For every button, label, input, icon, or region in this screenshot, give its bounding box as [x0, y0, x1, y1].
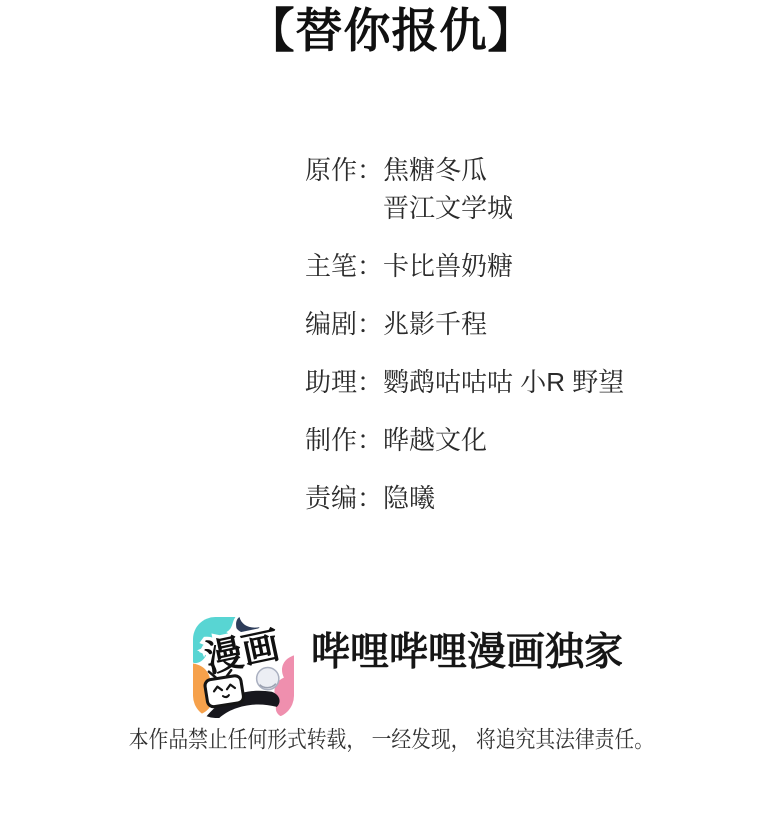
- credit-row-production: 制作： 晔越文化: [305, 421, 624, 459]
- credit-value: 鹦鹉咕咕咕 小R 野望: [383, 363, 624, 401]
- page-title: 【替你报仇】: [0, 2, 783, 62]
- credit-role-label: 主笔：: [305, 247, 383, 285]
- credit-values: 卡比兽奶糖: [383, 247, 513, 285]
- credit-value: 卡比兽奶糖: [383, 247, 513, 285]
- credit-values: 兆影千程: [383, 305, 487, 343]
- credit-row-lead-artist: 主笔： 卡比兽奶糖: [305, 247, 624, 285]
- credit-role-label: 制作：: [305, 421, 383, 459]
- credit-role-label: 原作：: [305, 151, 383, 227]
- credit-values: 晔越文化: [383, 421, 487, 459]
- credit-role-label: 责编：: [305, 479, 383, 517]
- credit-value: 兆影千程: [383, 305, 487, 343]
- credit-row-assistants: 助理： 鹦鹉咕咕咕 小R 野望: [305, 363, 624, 401]
- exclusive-label: 哔哩哔哩漫画独家: [311, 633, 623, 672]
- credit-value: 隐曦: [383, 479, 435, 517]
- credits-page: { "page": { "title": "【替你报仇】", "backgrou…: [0, 0, 783, 836]
- bilibili-manga-logo-icon: 漫画: [193, 617, 294, 718]
- copyright-disclaimer-text: 本作品禁止任何形式转载， 一经发现， 将追究其法律责任。: [129, 724, 654, 754]
- credit-row-editor: 责编： 隐曦: [305, 479, 624, 517]
- footer-brand: 漫画 哔哩哔哩漫画独家: [193, 617, 623, 718]
- credit-value: 晔越文化: [383, 421, 487, 459]
- credit-row-screenwriter: 编剧： 兆影千程: [305, 305, 624, 343]
- credit-row-original-author: 原作： 焦糖冬瓜 晋江文学城: [305, 151, 624, 227]
- credit-values: 隐曦: [383, 479, 435, 517]
- credit-values: 焦糖冬瓜 晋江文学城: [383, 151, 513, 227]
- credit-role-label: 助理：: [305, 363, 383, 401]
- copyright-disclaimer: 本作品禁止任何形式转载， 一经发现， 将追究其法律责任。: [0, 724, 783, 754]
- credits-list: 原作： 焦糖冬瓜 晋江文学城 主笔： 卡比兽奶糖 编剧： 兆影千程 助理： 鹦鹉…: [305, 151, 624, 537]
- credit-value: 晋江文学城: [383, 189, 513, 227]
- credit-value: 焦糖冬瓜: [383, 151, 513, 189]
- credit-values: 鹦鹉咕咕咕 小R 野望: [383, 363, 624, 401]
- credit-role-label: 编剧：: [305, 305, 383, 343]
